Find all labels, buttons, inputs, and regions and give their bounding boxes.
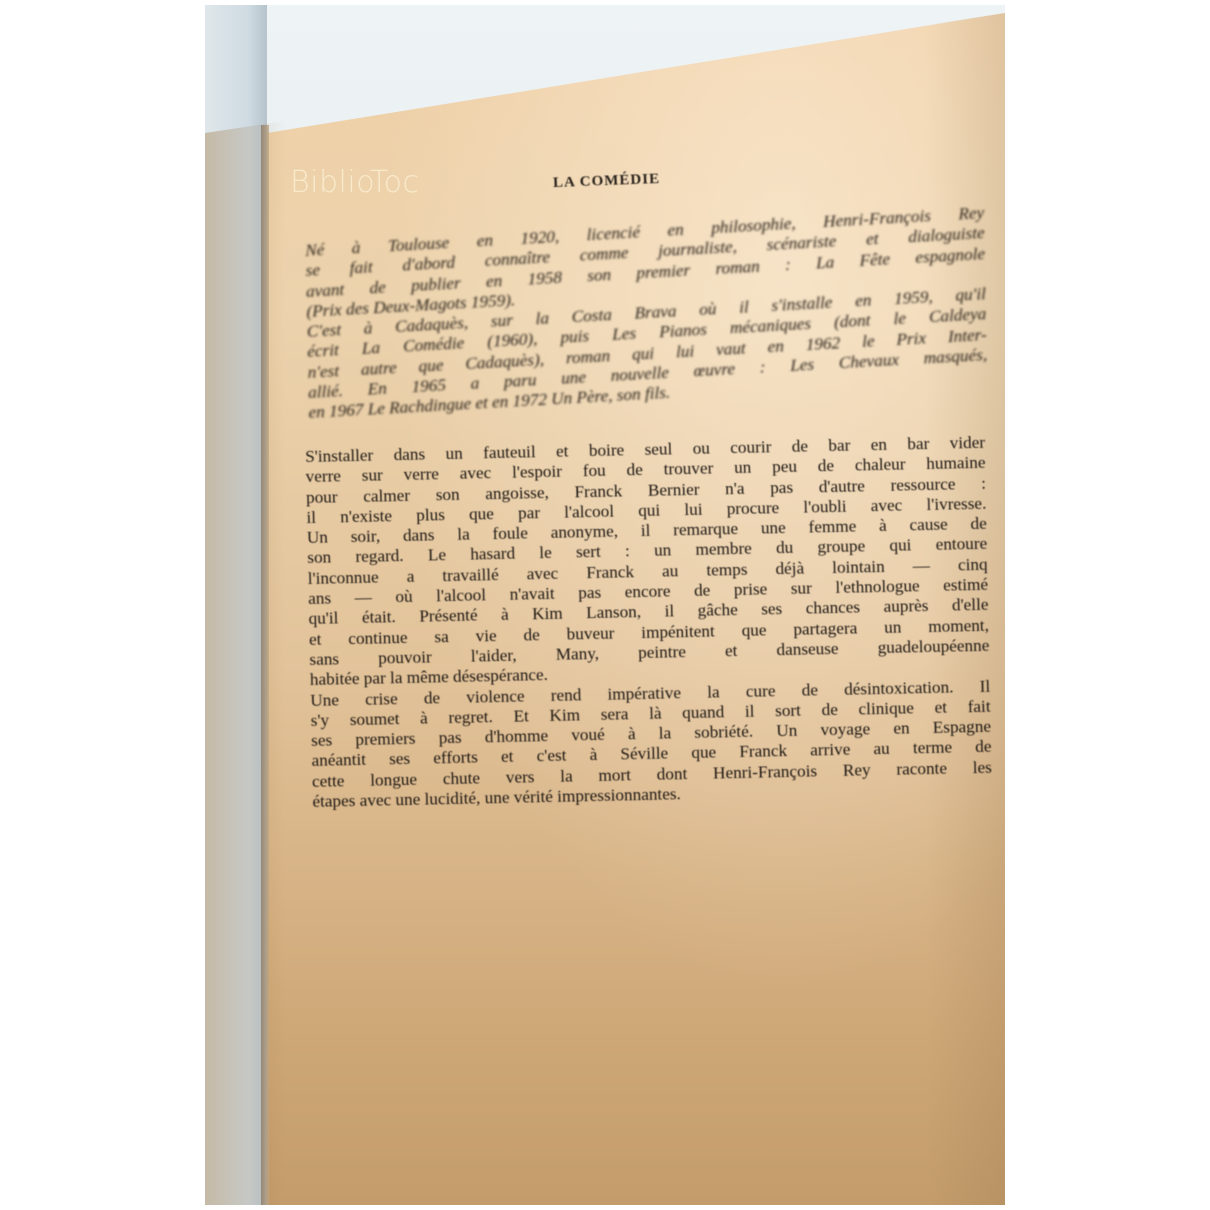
- author-bio: Né à Toulouse en 1920, licencié en philo…: [305, 203, 988, 424]
- book-photo: BiblioToc LA COMÉDIE Né à Toulouse en 19…: [205, 5, 1005, 1205]
- watermark-logo: BiblioToc: [290, 165, 420, 200]
- book-summary: S'installer dans un fauteuil et boire se…: [305, 433, 993, 813]
- page-edge: [261, 125, 269, 1205]
